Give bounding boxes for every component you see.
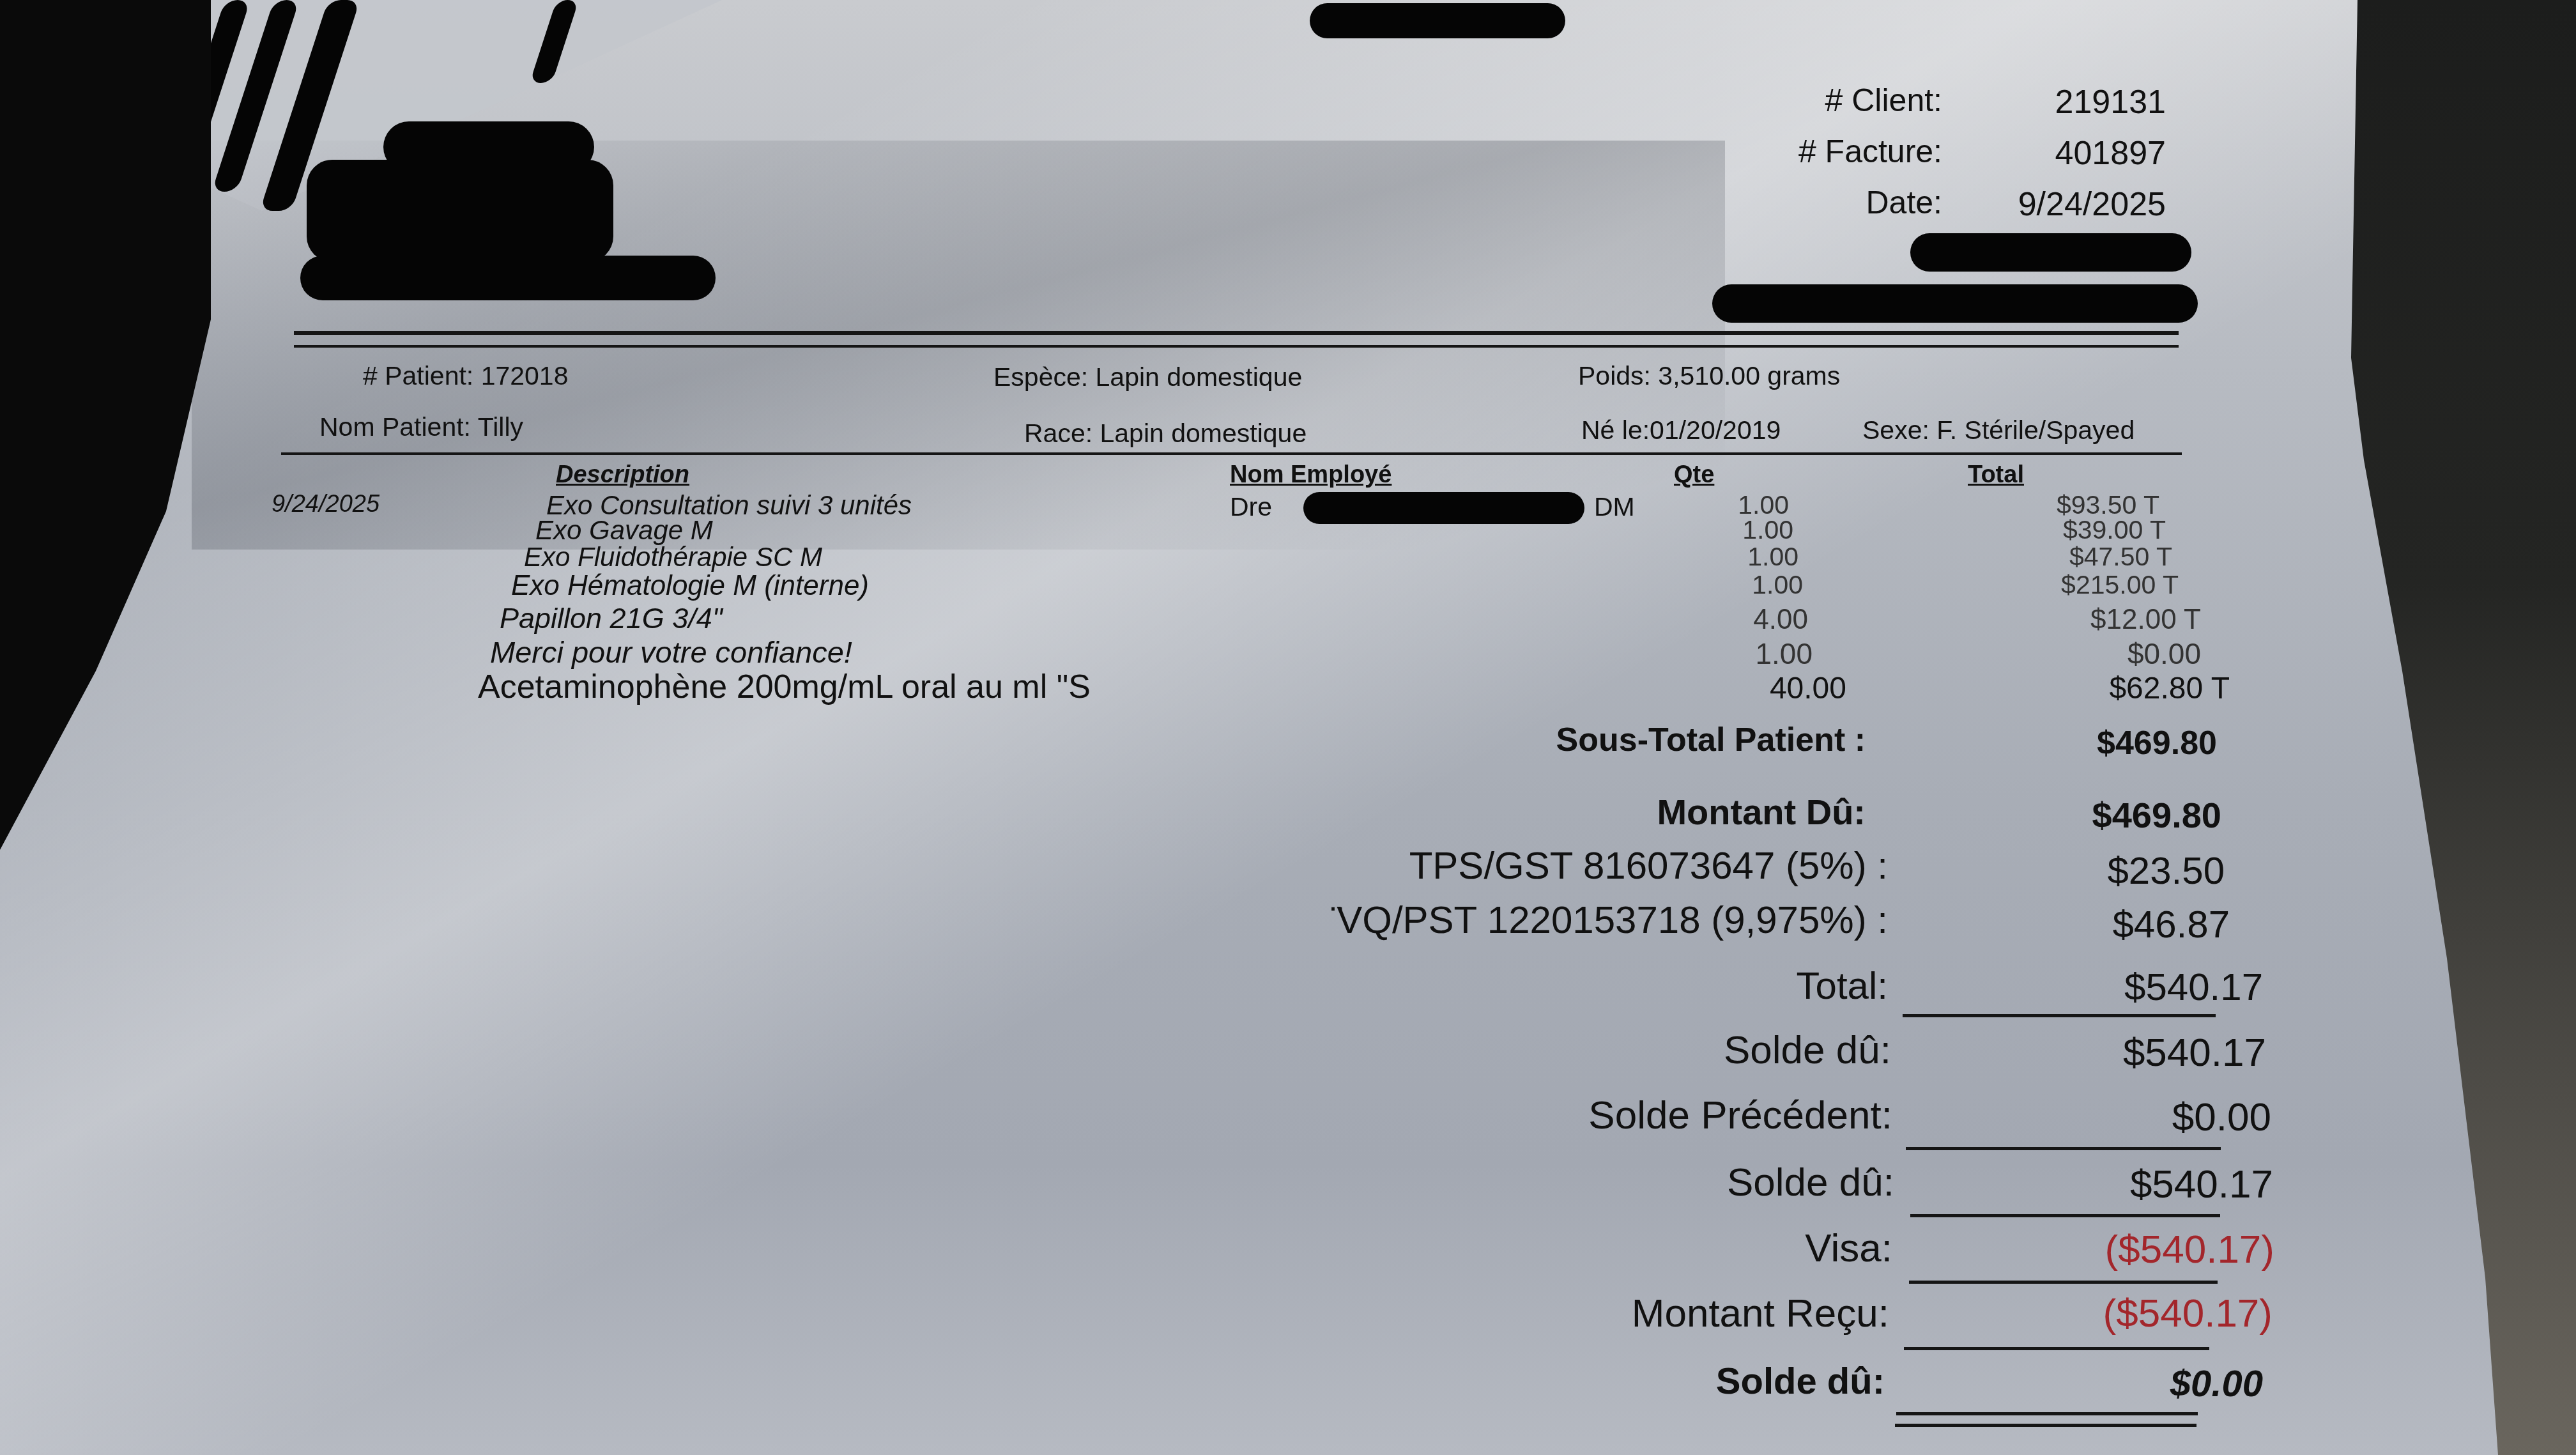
- line-item-description: Papillon 21G 3/4": [500, 602, 723, 635]
- redaction-mark: [300, 256, 716, 300]
- column-header-qty: Qte: [1674, 461, 1714, 489]
- line-item-total: $62.80 T: [1942, 671, 2230, 706]
- line-item-description: Exo Fluidothérapie SC M: [524, 542, 822, 573]
- header-rule: [294, 345, 2179, 348]
- header-rule: [294, 331, 2179, 335]
- employee-prefix: Dre: [1230, 492, 1272, 522]
- previous-balance-label: Solde Précédent:: [1126, 1093, 1892, 1138]
- final-balance-value: $0.00: [1995, 1362, 2263, 1405]
- gst-label: TPS/GST 816073647 (5%) :: [1121, 843, 1888, 888]
- pst-label: ̈VQ/PST 1220153718 (9,975%) :: [1121, 898, 1888, 942]
- balance-due-value: $540.17: [2005, 1162, 2273, 1207]
- balance-due-value: $540.17: [1998, 1030, 2266, 1075]
- date-label: Date:: [1731, 184, 1942, 221]
- balance-underline: [1910, 1214, 2220, 1217]
- received-underline: [1904, 1347, 2209, 1350]
- line-item-qty: 1.00: [1685, 636, 1813, 671]
- total-underline: [1903, 1014, 2216, 1017]
- date-value: 9/24/2025: [1955, 185, 2166, 224]
- column-header-description: Description: [556, 461, 689, 489]
- invoice-label: # Facture:: [1731, 133, 1942, 170]
- final-double-underline: [1895, 1424, 2196, 1427]
- final-double-underline: [1896, 1412, 2198, 1415]
- employee-suffix: DM: [1594, 492, 1635, 522]
- line-item-total: $47.50 T: [1929, 542, 2172, 572]
- line-item-qty: 1.00: [1675, 570, 1803, 600]
- line-date: 9/24/2025: [272, 491, 379, 518]
- patient-sex: Sexe: F. Stérile/Spayed: [1862, 415, 2135, 445]
- visa-underline: [1909, 1281, 2218, 1284]
- line-item-description: Exo Hématologie M (interne): [511, 570, 869, 602]
- final-balance-label: Solde dû:: [1118, 1360, 1885, 1403]
- column-header-employee: Nom Employé: [1230, 461, 1391, 489]
- redaction-mark: [1910, 233, 2191, 272]
- line-item-total: $12.00 T: [1945, 604, 2201, 636]
- line-item-qty: 40.00: [1687, 671, 1846, 706]
- client-label: # Client:: [1731, 82, 1942, 119]
- gst-value: $23.50: [1956, 849, 2225, 893]
- line-item-description: Exo Gavage M: [535, 515, 713, 546]
- line-item-qty: 1.00: [1666, 515, 1793, 545]
- line-item-description: Acetaminophène 200mg/mL oral au ml "S: [478, 668, 1091, 706]
- patient-rule: [281, 452, 2182, 455]
- total-value: $540.17: [1995, 965, 2263, 1009]
- balance-due-label: Solde dû:: [1124, 1028, 1891, 1073]
- patient-birthdate: Né le:01/20/2019: [1581, 415, 1781, 445]
- redaction-mark: [1712, 284, 2198, 323]
- line-item-total: $0.00: [1945, 636, 2201, 671]
- amount-received-value: ($540.17): [2004, 1291, 2273, 1336]
- visa-label: Visa:: [1126, 1226, 1892, 1271]
- previous-underline: [1906, 1147, 2221, 1150]
- patient-name: Nom Patient: Tilly: [319, 412, 523, 442]
- previous-balance-value: $0.00: [2003, 1095, 2271, 1140]
- line-item-qty: 1.00: [1671, 542, 1798, 572]
- line-item-description: Merci pour votre confiance!: [490, 635, 852, 670]
- column-header-total: Total: [1968, 461, 2024, 489]
- balance-due-label: Solde dû:: [1128, 1160, 1894, 1205]
- client-value: 219131: [1955, 83, 2166, 121]
- line-item-total: $39.00 T: [1923, 515, 2166, 545]
- amount-due-value: $469.80: [1953, 794, 2221, 836]
- patient-breed: Race: Lapin domestique: [1024, 419, 1307, 449]
- invoice-value: 401897: [1955, 134, 2166, 173]
- visa-payment-value: ($540.17): [2006, 1227, 2274, 1272]
- line-item-qty: 4.00: [1680, 604, 1808, 636]
- amount-due-label: Montant Dû:: [1099, 791, 1866, 833]
- amount-received-label: Montant Reçu:: [1123, 1291, 1889, 1336]
- pst-value: $46.87: [1961, 902, 2230, 946]
- patient-weight: Poids: 3,510.00 grams: [1578, 361, 1840, 391]
- redaction-mark: [1310, 3, 1565, 38]
- invoice-paper: # Client: 219131 # Facture: 401897 Date:…: [0, 0, 2576, 1455]
- total-label: Total:: [1121, 964, 1888, 1008]
- subtotal-label: Sous-Total Patient :: [1099, 721, 1866, 759]
- redaction-mark: [307, 160, 613, 262]
- patient-species: Espèce: Lapin domestique: [993, 362, 1302, 392]
- redaction-mark: [1303, 492, 1584, 524]
- line-item-total: $215.00 T: [1936, 570, 2179, 600]
- patient-number: # Patient: 172018: [363, 361, 568, 391]
- subtotal-value: $469.80: [1949, 724, 2217, 762]
